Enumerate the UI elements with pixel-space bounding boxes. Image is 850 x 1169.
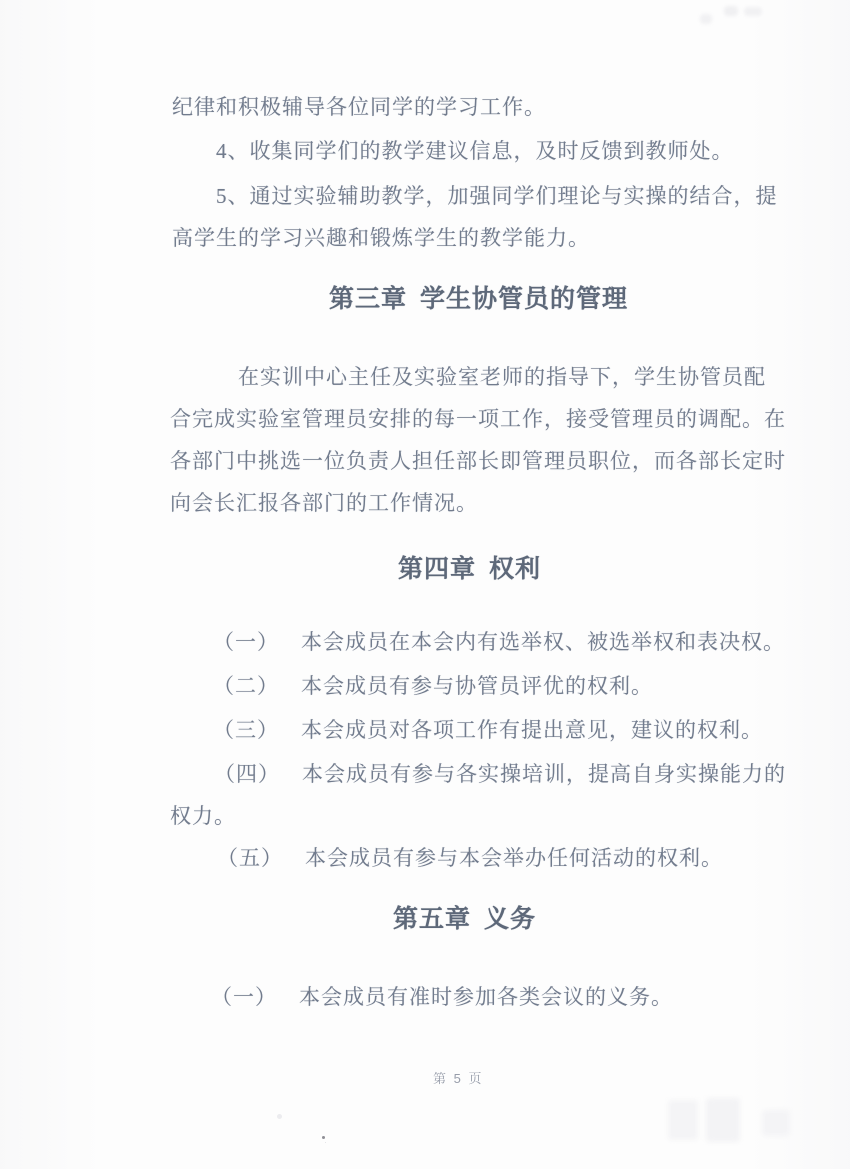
chapter-label: 第五章 xyxy=(393,907,471,932)
numbered-item: 5、通过实验辅助教学，加强同学们理论与实操的结合，提 xyxy=(216,186,778,207)
chapter-label: 第四章 xyxy=(398,557,476,582)
chapter-heading: 第三章 学生协管员的管理 xyxy=(170,287,787,312)
numbered-item: 4、收集同学们的教学建议信息，及时反馈到教师处。 xyxy=(216,141,734,162)
list-item: （五）本会成员有参与本会举办任何活动的权利。 xyxy=(217,848,723,869)
list-item-marker: （一） xyxy=(213,630,279,654)
list-item-marker: （五） xyxy=(217,846,283,870)
list-item: （一）本会成员有准时参加各类会议的义务。 xyxy=(211,987,673,1008)
list-item: （一）本会成员在本会内有选举权、被选举权和表决权。 xyxy=(213,632,785,653)
list-item: （三）本会成员对各项工作有提出意见，建议的权利。 xyxy=(213,720,763,741)
scan-smudge xyxy=(744,7,762,16)
scan-smudge xyxy=(668,1100,698,1140)
scan-smudge xyxy=(700,14,712,24)
chapter-title: 权利 xyxy=(489,557,541,582)
scan-smudge xyxy=(724,6,738,16)
list-item-text: 本会成员在本会内有选举权、被选举权和表决权。 xyxy=(301,630,785,654)
scan-speck xyxy=(277,1114,282,1119)
scan-speck xyxy=(322,1136,325,1139)
list-item-marker: （三） xyxy=(213,718,279,742)
page-number: 第 5 页 xyxy=(433,1068,483,1087)
body-line: 高学生的学习兴趣和锻炼学生的教学能力。 xyxy=(172,228,590,249)
paragraph-line: 各部门中挑选一位负责人担任部长即管理员职位，而各部长定时 xyxy=(170,451,786,472)
chapter-label: 第三章 xyxy=(329,287,407,312)
list-item-text: 本会成员有准时参加各类会议的义务。 xyxy=(299,985,673,1009)
list-item-text: 本会成员有参与本会举办任何活动的权利。 xyxy=(305,846,723,870)
body-line: 纪律和积极辅导各位同学的学习工作。 xyxy=(172,97,546,118)
paragraph-line: 向会长汇报各部门的工作情况。 xyxy=(170,493,478,514)
paragraph-line: 合完成实验室管理员安排的每一项工作，接受管理员的调配。在 xyxy=(170,409,786,430)
list-item-marker: （一） xyxy=(211,985,277,1009)
paragraph-line: 在实训中心主任及实验室老师的指导下，学生协管员配 xyxy=(238,367,766,388)
scanned-document-page: 纪律和积极辅导各位同学的学习工作。 4、收集同学们的教学建议信息，及时反馈到教师… xyxy=(0,0,850,1169)
chapter-heading: 第四章 权利 xyxy=(161,557,778,582)
scan-smudge xyxy=(706,1098,740,1142)
list-item-marker: （四） xyxy=(214,762,280,786)
chapter-title: 义务 xyxy=(484,907,536,932)
chapter-heading: 第五章 义务 xyxy=(156,907,773,932)
scan-smudge xyxy=(762,1110,790,1136)
list-item-text: 本会成员有参与各实操培训，提高自身实操能力的 xyxy=(302,762,786,786)
list-item-marker: （二） xyxy=(213,674,279,698)
list-item-text: 本会成员有参与协管员评优的权利。 xyxy=(301,674,653,698)
chapter-title: 学生协管员的管理 xyxy=(420,287,628,312)
list-item: （四）本会成员有参与各实操培训，提高自身实操能力的 xyxy=(214,764,786,785)
list-item: （二）本会成员有参与协管员评优的权利。 xyxy=(213,676,653,697)
list-item-text: 本会成员对各项工作有提出意见，建议的权利。 xyxy=(301,718,763,742)
list-item-continuation: 权力。 xyxy=(170,806,236,827)
